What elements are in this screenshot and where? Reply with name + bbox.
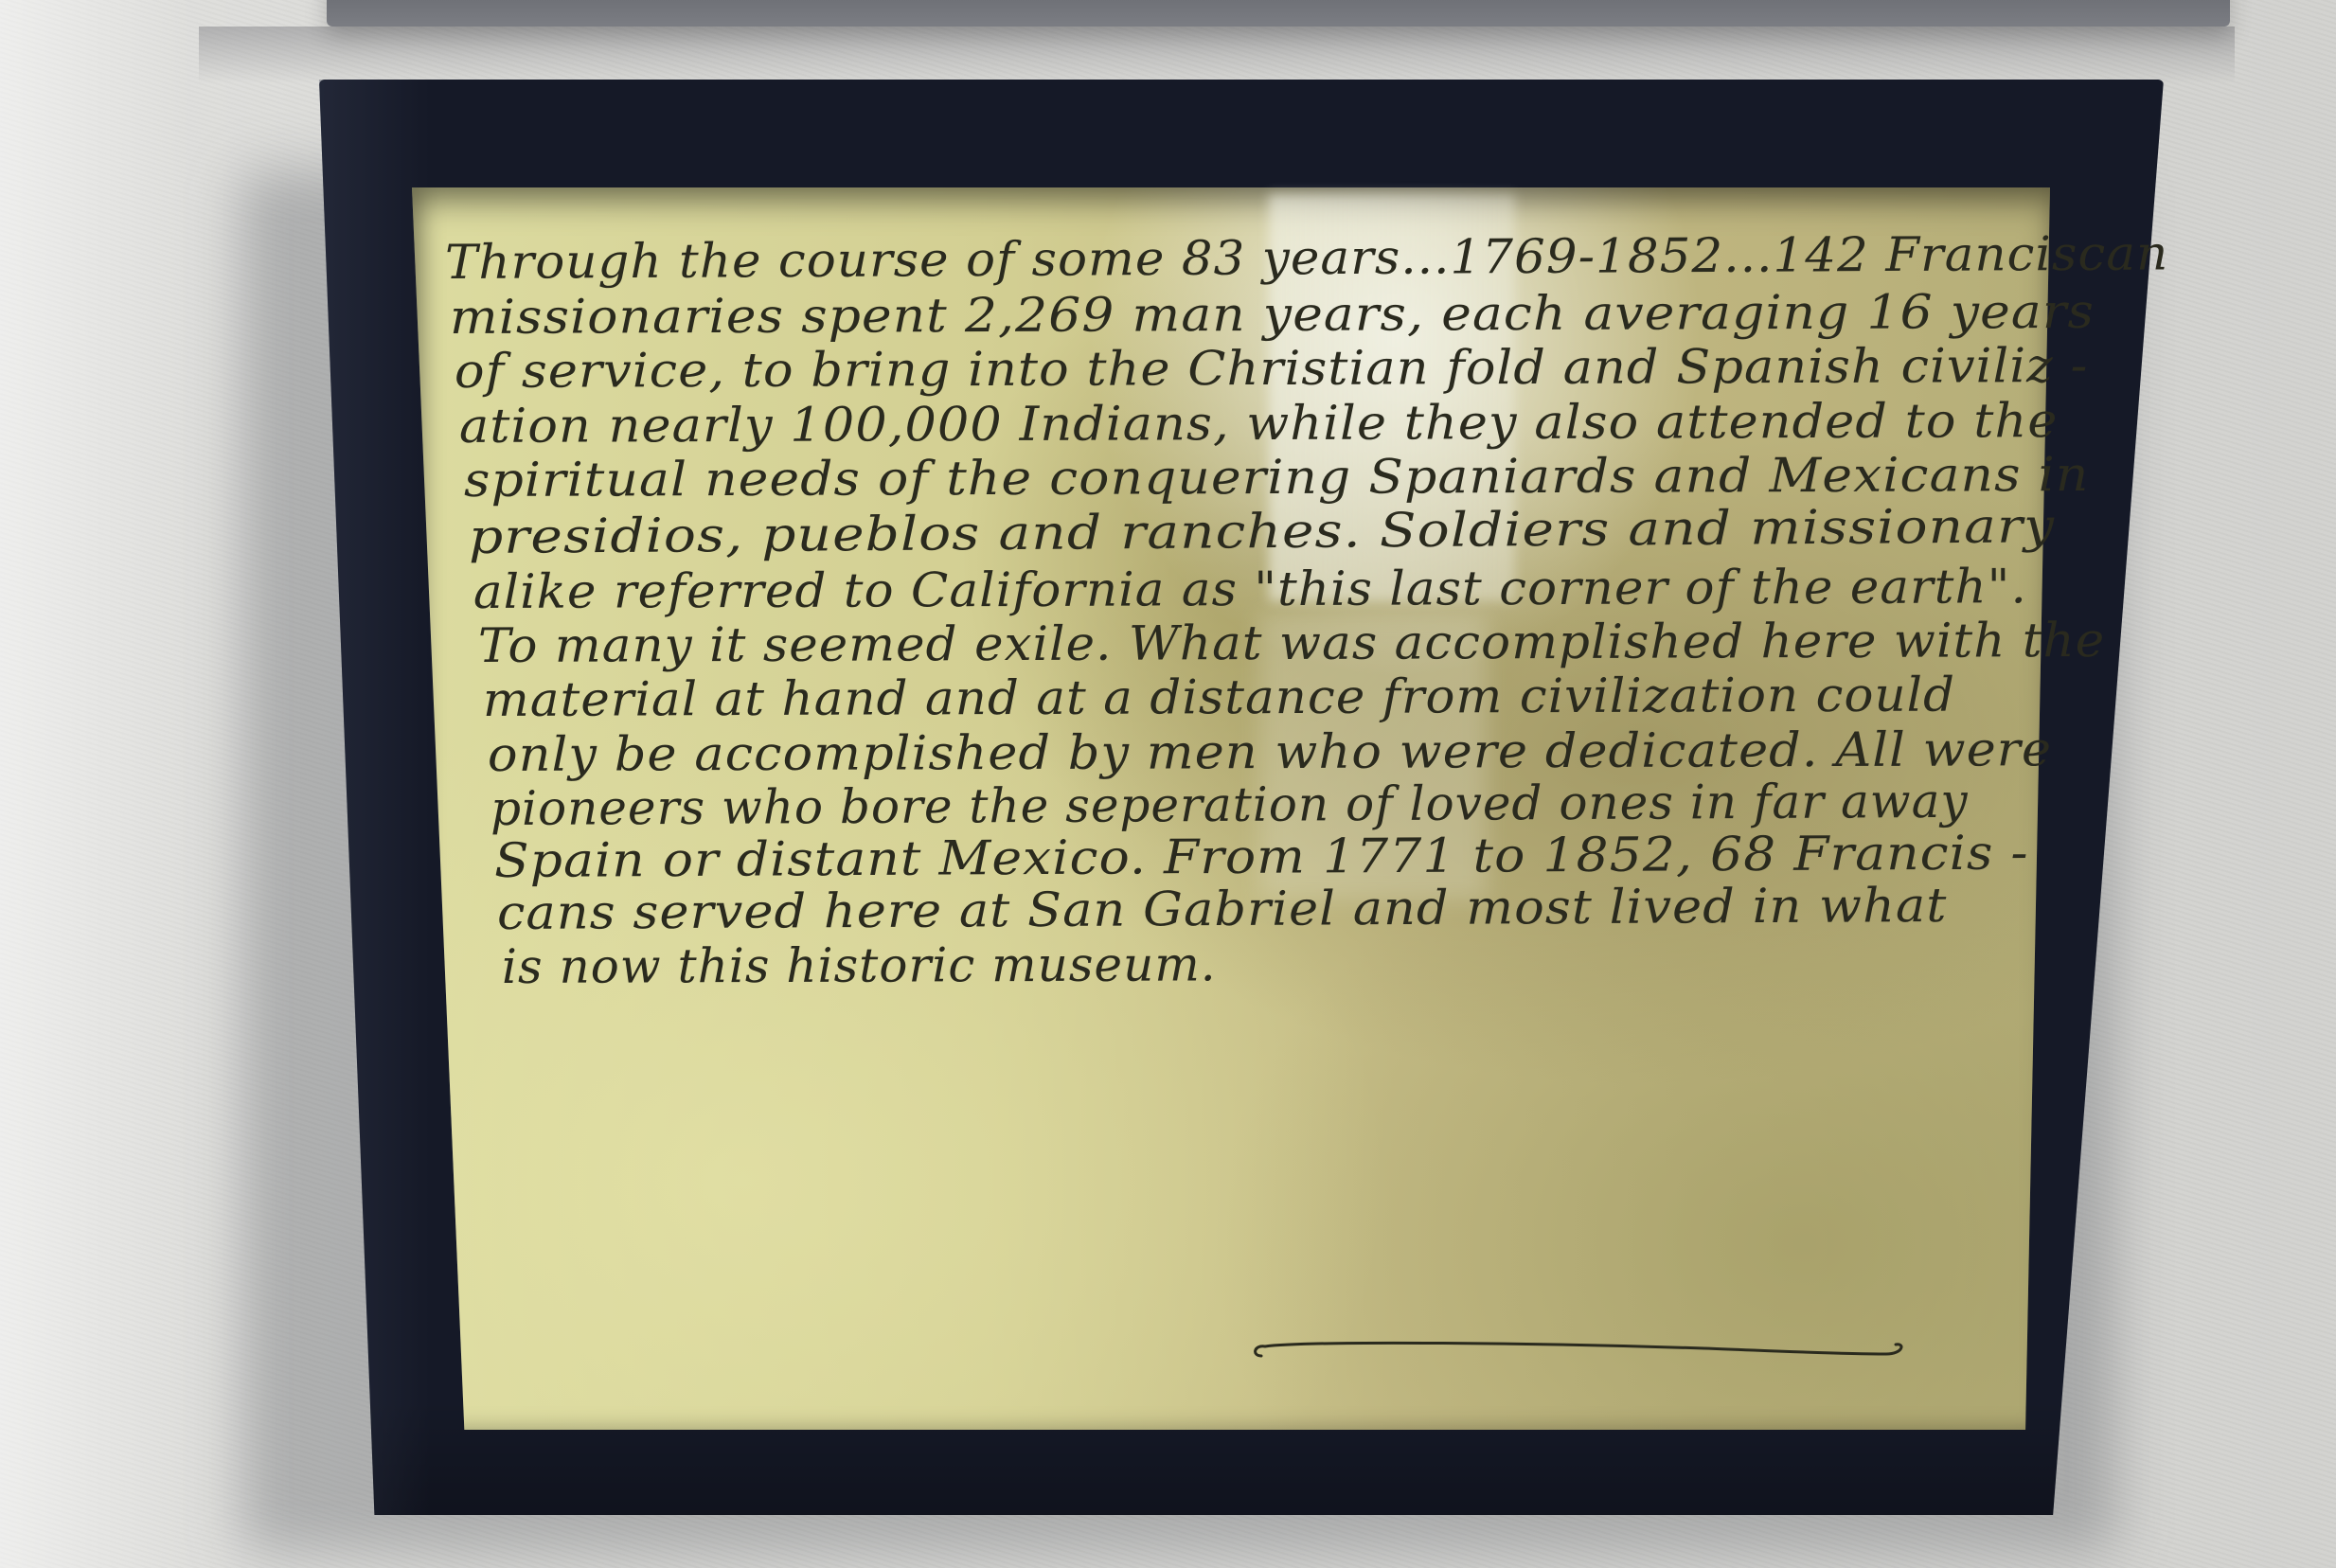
text-line-14: is now this historic museum. bbox=[502, 936, 1217, 994]
end-flourish-icon bbox=[1250, 1335, 1913, 1373]
text-line-3: of service, to bring into the Christian … bbox=[455, 338, 2089, 399]
upper-frame-shadow bbox=[199, 27, 2235, 83]
text-line-13: cans served here at San Gabriel and most… bbox=[497, 878, 1948, 940]
text-line-10: only be accomplished by men who were ded… bbox=[488, 722, 2052, 782]
text-line-2: missionaries spent 2,269 man years, each… bbox=[450, 284, 2095, 345]
text-line-6: presidios, pueblos and ranches. Soldiers… bbox=[469, 498, 2056, 564]
text-line-1: Through the course of some 83 years...17… bbox=[445, 225, 2169, 290]
text-line-4: ation nearly 100,000 Indians, while they… bbox=[459, 393, 2059, 454]
text-line-8: To many it seemed exile. What was accomp… bbox=[478, 613, 2105, 673]
text-line-7: alike referred to California as "this la… bbox=[473, 559, 2027, 619]
text-line-5: spiritual needs of the conquering Spania… bbox=[464, 447, 2090, 508]
text-line-9: material at hand and at a distance from … bbox=[483, 668, 1955, 727]
upper-picture-frame-edge bbox=[327, 0, 2230, 27]
handwritten-text-block: Through the course of some 83 years...17… bbox=[445, 216, 2036, 1409]
